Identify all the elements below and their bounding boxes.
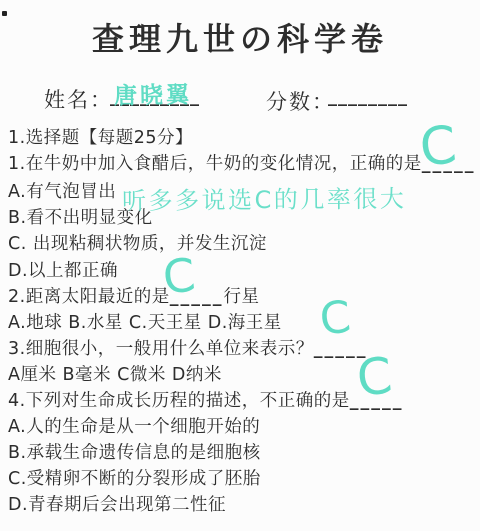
question-1-stem: 1.在牛奶中加入食醋后，牛奶的变化情况，正确的是_____ (8, 150, 476, 175)
question-3-stem: 3.细胞很小，一般用什么单位来表示？_____ (8, 335, 476, 360)
question-2-options: A.地球 B.水星 C.天王星 D.海王星 (8, 309, 476, 334)
name-label: 姓名： (44, 84, 113, 114)
question-4-option-d: D.青春期后会出现第二性征 (8, 491, 476, 516)
score-blank-line: ________ (328, 86, 408, 107)
question-3-options: A厘米 B毫米 C微米 D纳米 (8, 361, 476, 386)
question-1-option-c: C. 出现粘稠状物质，并发生沉淀 (8, 230, 476, 255)
handwritten-annotation: 听多多说选C的几率很大 (122, 179, 407, 216)
question-4-blank: _____ (350, 391, 404, 411)
question-3-blank: _____ (314, 339, 368, 359)
question-4-option-c: C.受精卵不断的分裂形成了胚胎 (8, 465, 476, 490)
question-1-option-d: D.以上都正确 (8, 257, 476, 282)
question-2-blank: _____ (170, 287, 224, 307)
question-2-stem: 2.距离太阳最近的是_____行星 (8, 283, 476, 308)
exam-title: 查理九世の科学卷 (0, 14, 480, 60)
question-2-text-after: 行星 (223, 287, 259, 307)
question-4-stem: 4.下列对生命成长历程的描述，不正确的是_____ (8, 387, 476, 412)
name-value-handwritten: 唐晓翼 (114, 76, 193, 110)
question-4-text: 4.下列对生命成长历程的描述，不正确的是 (8, 391, 350, 411)
question-1-text: 1.在牛奶中加入食醋后，牛奶的变化情况，正确的是 (8, 154, 422, 174)
question-1-blank: _____ (422, 154, 476, 174)
exam-paper: 查理九世の科学卷 姓名： _________ 唐晓翼 分数： ________ … (0, 0, 480, 531)
score-label: 分数： (266, 86, 335, 116)
question-3-text: 3.细胞很小，一般用什么单位来表示？ (8, 339, 314, 359)
question-4-option-b: B.承载生命遗传信息的是细胞核 (8, 439, 476, 464)
section-header: 1.选择题【每题25分】 (8, 124, 476, 149)
question-4-option-a: A.人的生命是从一个细胞开始的 (8, 413, 476, 438)
question-2-text: 2.距离太阳最近的是 (8, 287, 170, 307)
